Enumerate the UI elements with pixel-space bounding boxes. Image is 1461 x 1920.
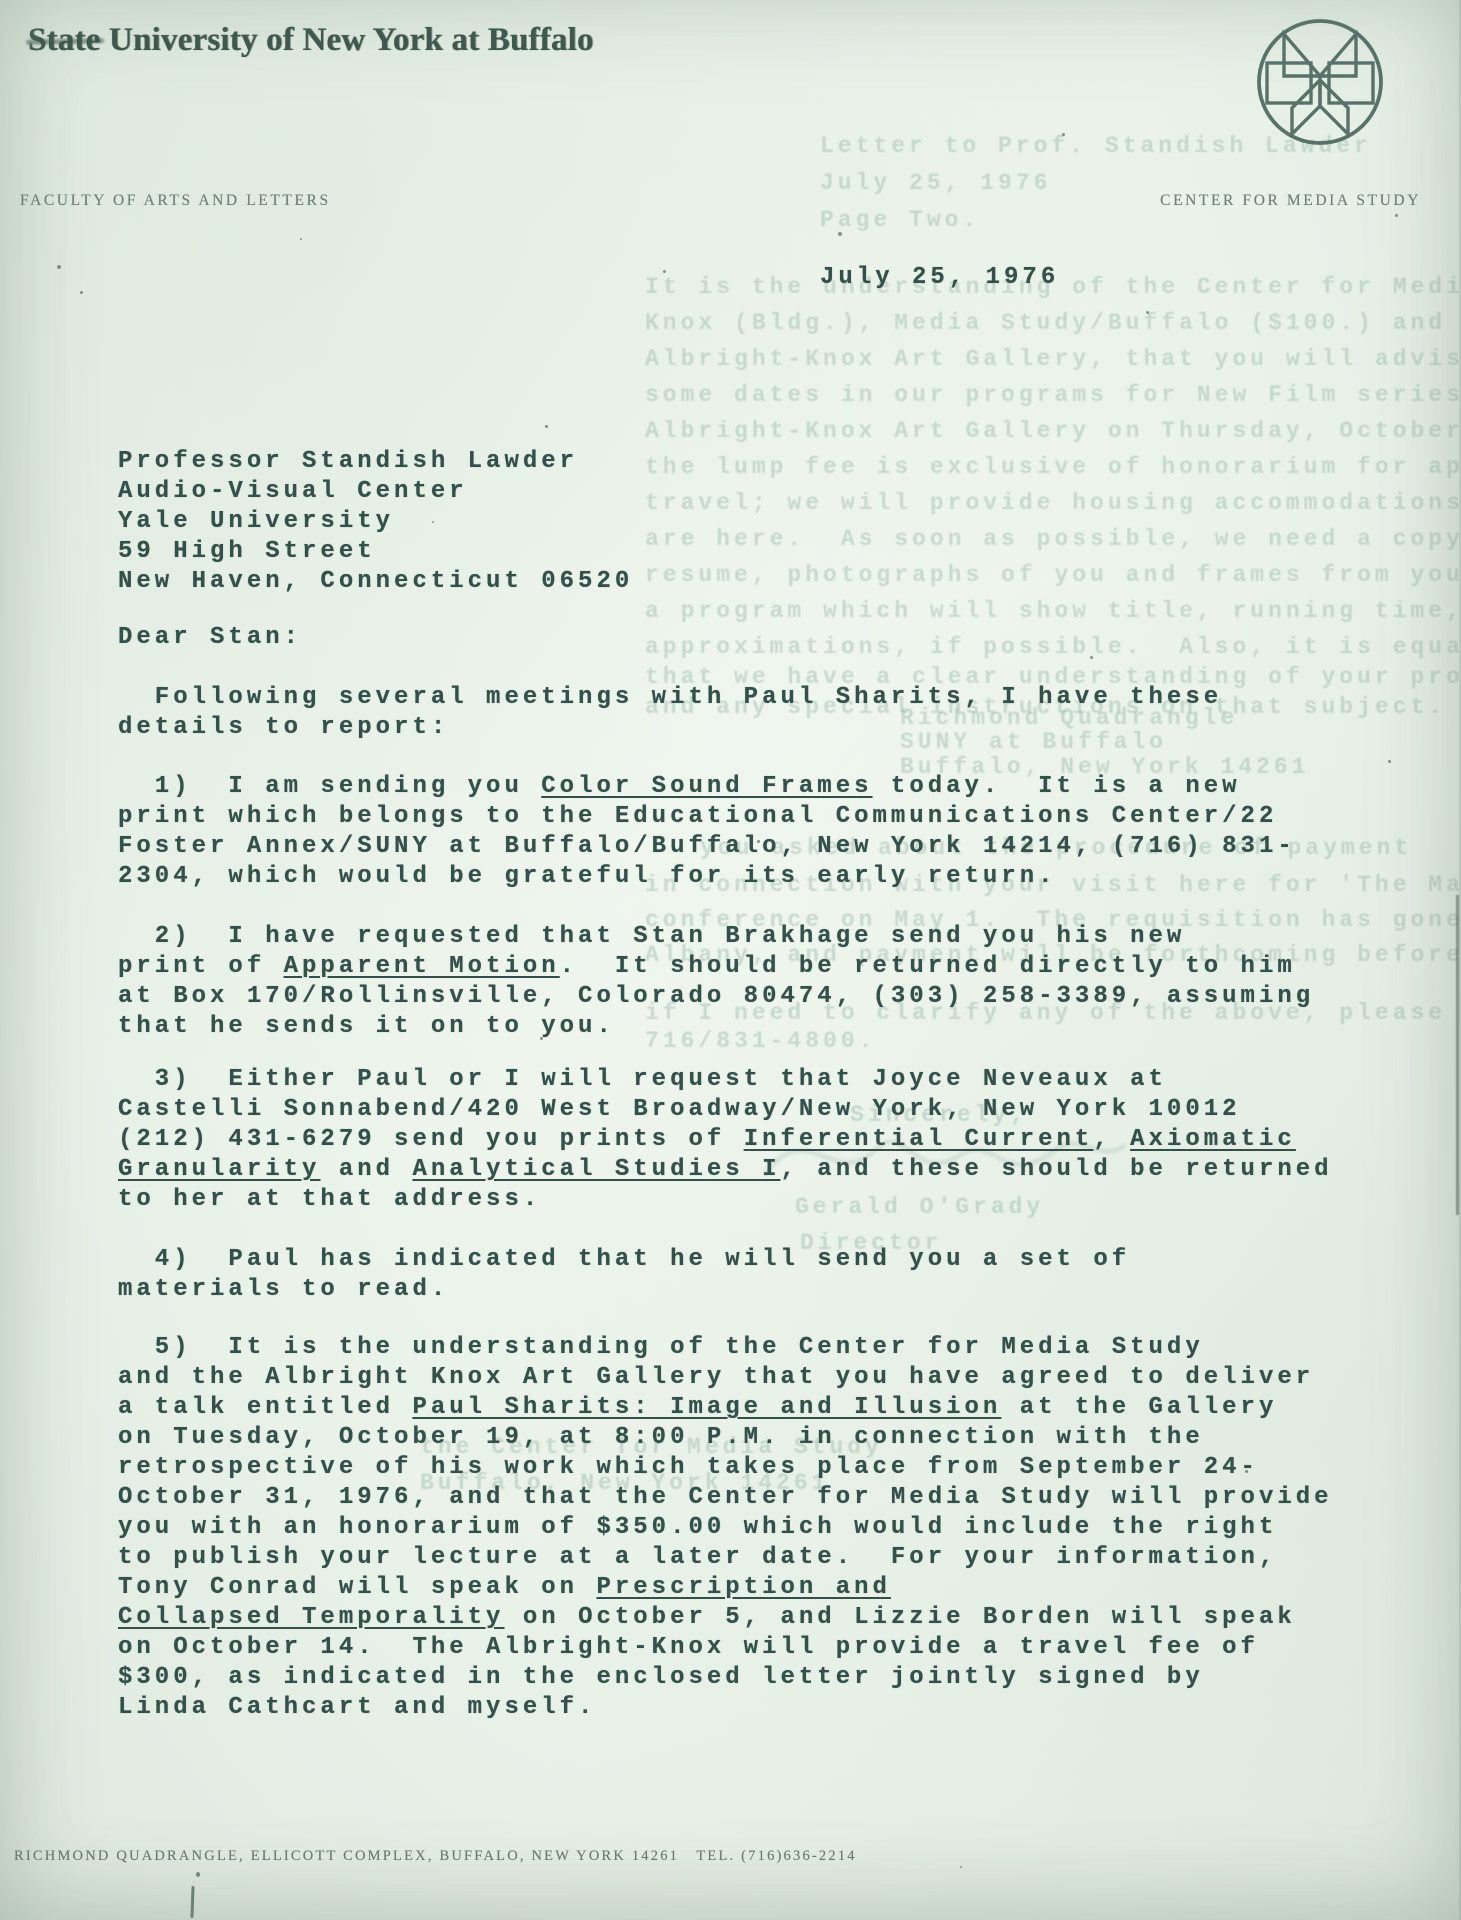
letter-line: Granularity and Analytical Studies I, an… — [118, 1155, 1333, 1185]
letter-line: 3) Either Paul or I will request that Jo… — [118, 1065, 1333, 1095]
letter-line: print which belongs to the Educational C… — [118, 802, 1296, 832]
letter-line: on Tuesday, October 19, at 8:00 P.M. in … — [118, 1423, 1333, 1453]
letter-line: 4) Paul has indicated that he will send … — [118, 1245, 1130, 1275]
letter-line: at Box 170/Rollinsville, Colorado 80474,… — [118, 982, 1314, 1012]
letter-line: on October 14. The Albright-Knox will pr… — [118, 1633, 1333, 1663]
letter-line: 5) It is the understanding of the Center… — [118, 1333, 1333, 1363]
letter-line: Tony Conrad will speak on Prescription a… — [118, 1573, 1333, 1603]
ghost-text-fragment: approximations, if possible. Also, it is… — [645, 632, 1461, 662]
underlined-title: Paul Sharits: Image and Illusion — [412, 1394, 1001, 1421]
letter-line: to publish your lecture at a later date.… — [118, 1543, 1333, 1573]
recipient-line: 59 High Street — [118, 537, 633, 567]
paragraph: 1) I am sending you Color Sound Frames t… — [118, 772, 1296, 892]
letter-line: materials to read. — [118, 1275, 1130, 1305]
recipient-line: Audio-Visual Center — [118, 477, 633, 507]
university-name-stamp: State University of New York at Buffalo — [28, 22, 594, 59]
scan-speck — [300, 238, 302, 240]
letter-line: Foster Annex/SUNY at Buffalo/Buffalo, Ne… — [118, 832, 1296, 862]
recipient-block: Professor Standish LawderAudio-Visual Ce… — [118, 447, 633, 597]
ghost-text-fragment: resume, photographs of you and frames fr… — [645, 560, 1461, 590]
ghost-text-fragment: Albright-Knox Art Gallery, that you will… — [645, 344, 1461, 374]
ghost-text-fragment: Page Two. — [820, 205, 980, 235]
letter-line: 1) I am sending you Color Sound Frames t… — [118, 772, 1296, 802]
pen-stroke-mark — [190, 1886, 194, 1918]
ghost-text-fragment: Albright-Knox Art Gallery on Thursday, O… — [645, 416, 1461, 446]
center-for-media-study-label: CENTER FOR MEDIA STUDY — [1160, 192, 1421, 210]
letter-line: you with an honorarium of $350.00 which … — [118, 1513, 1333, 1543]
letter-line: print of Apparent Motion. It should be r… — [118, 952, 1314, 982]
scan-speck — [663, 270, 666, 273]
scan-speck — [1146, 311, 1149, 314]
letter-line: Collapsed Temporality on October 5, and … — [118, 1603, 1333, 1633]
scan-speck — [80, 291, 83, 294]
faculty-label: FACULTY OF ARTS AND LETTERS — [20, 192, 331, 210]
paragraph: 3) Either Paul or I will request that Jo… — [118, 1065, 1333, 1215]
recipient-line: New Haven, Connecticut 06520 — [118, 567, 633, 597]
scan-speck — [432, 521, 434, 523]
pen-dot-mark — [196, 1872, 200, 1877]
ghost-text-fragment: July 25, 1976 — [820, 168, 1051, 198]
scan-speck — [1090, 656, 1093, 659]
letter-line: that he sends it on to you. — [118, 1012, 1314, 1042]
scan-speck — [1062, 133, 1065, 136]
scan-speck — [540, 1037, 543, 1040]
ghost-text-fragment: some dates in our programs for New Film … — [645, 380, 1461, 410]
letter-line: Linda Cathcart and myself. — [118, 1693, 1333, 1723]
underlined-title: Color Sound Frames — [541, 773, 872, 800]
scan-speck — [545, 425, 548, 428]
letter-line: retrospective of his work which takes pl… — [118, 1453, 1333, 1483]
underlined-title: Collapsed Temporality — [118, 1604, 504, 1631]
ghost-text-fragment: Knox (Bldg.), Media Study/Buffalo ($100.… — [645, 308, 1461, 338]
letter-date: July 25, 1976 — [820, 263, 1059, 293]
footer-address-line: RICHMOND QUADRANGLE, ELLICOTT COMPLEX, B… — [14, 1848, 857, 1865]
letter-line: Following several meetings with Paul Sha… — [118, 683, 1222, 713]
media-study-logo-icon — [1253, 15, 1387, 149]
scan-speck — [235, 1590, 238, 1593]
letter-line: October 31, 1976, and that the Center fo… — [118, 1483, 1333, 1513]
ghost-text-fragment: travel; we will provide housing accommod… — [645, 488, 1461, 518]
underlined-title: Apparent Motion — [284, 953, 560, 980]
stamp-overstruck-word: State — [28, 22, 100, 59]
letter-line: Castelli Sonnabend/420 West Broadway/New… — [118, 1095, 1333, 1125]
paragraph: Following several meetings with Paul Sha… — [118, 683, 1222, 743]
letter-line: (212) 431-6279 send you prints of Infere… — [118, 1125, 1333, 1155]
underlined-title: Analytical Studies I — [412, 1156, 780, 1183]
underlined-title: Axiomatic — [1130, 1126, 1296, 1153]
paragraph: 5) It is the understanding of the Center… — [118, 1333, 1333, 1723]
ghost-text-fragment: the lump fee is exclusive of honorarium … — [645, 452, 1461, 482]
letter-line: 2) I have requested that Stan Brakhage s… — [118, 922, 1314, 952]
underlined-title: Granularity — [118, 1156, 320, 1183]
letter-line: 2304, which would be grateful for its ea… — [118, 862, 1296, 892]
letter-line: details to report: — [118, 713, 1222, 743]
letter-line: to her at that address. — [118, 1185, 1333, 1215]
scan-speck — [1395, 214, 1398, 217]
paragraph: 4) Paul has indicated that he will send … — [118, 1245, 1130, 1305]
scan-speck — [838, 232, 842, 236]
scan-speck — [57, 265, 61, 269]
ghost-text-fragment: a program which will show title, running… — [645, 596, 1461, 626]
letter-line: and the Albright Knox Art Gallery that y… — [118, 1363, 1333, 1393]
letter-line: $300, as indicated in the enclosed lette… — [118, 1663, 1333, 1693]
letter-line: a talk entitled Paul Sharits: Image and … — [118, 1393, 1333, 1423]
recipient-line: Professor Standish Lawder — [118, 447, 633, 477]
scan-speck — [1388, 760, 1391, 763]
scanned-letter-page: Letter to Prof. Standish LawderJuly 25, … — [0, 0, 1461, 1920]
ghost-text-fragment: are here. As soon as possible, we need a… — [645, 524, 1461, 554]
scan-speck — [1245, 1470, 1248, 1473]
stamp-rest: University of New York at Buffalo — [100, 22, 593, 58]
scan-speck — [960, 1866, 962, 1868]
scan-speck — [757, 840, 760, 843]
underlined-title: Inferential Current — [744, 1126, 1094, 1153]
underlined-title: Prescription and — [596, 1574, 890, 1601]
salutation: Dear Stan: — [118, 623, 302, 653]
paragraph: 2) I have requested that Stan Brakhage s… — [118, 922, 1314, 1042]
recipient-line: Yale University — [118, 507, 633, 537]
